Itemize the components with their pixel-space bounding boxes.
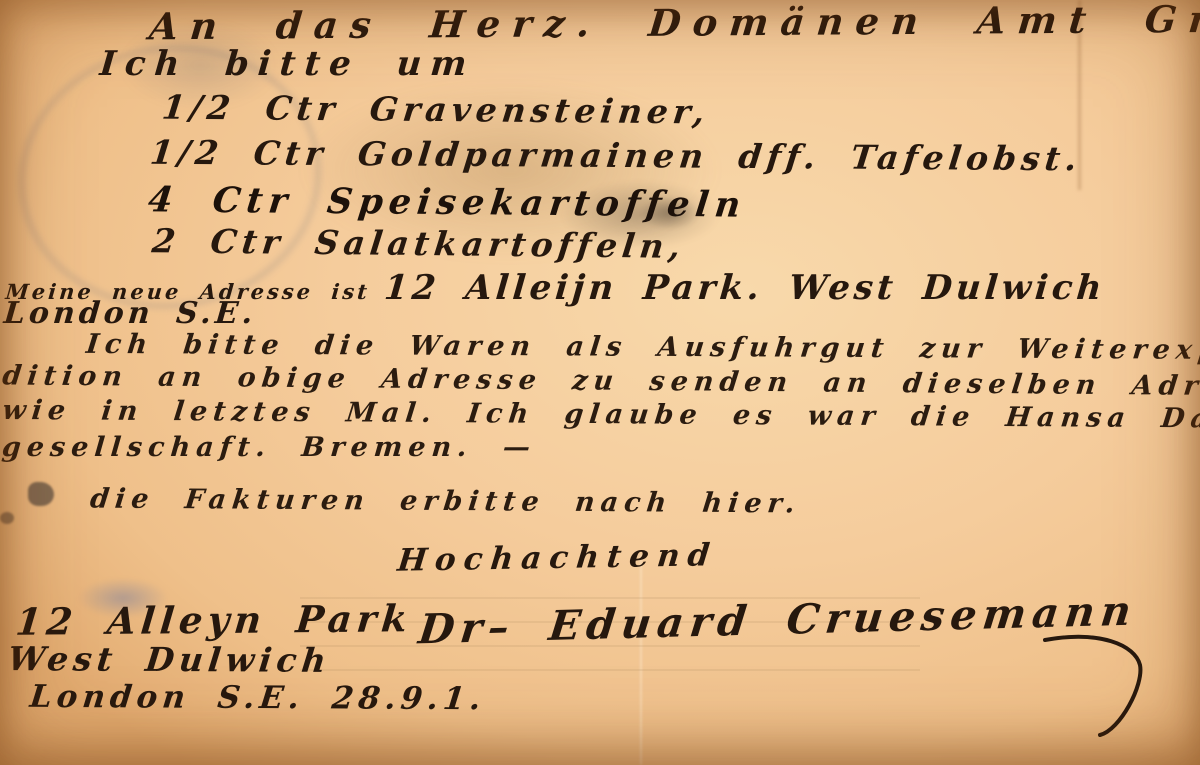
signature-flourish-stroke [1040, 620, 1170, 740]
new-address-city: London S.E. [2, 296, 258, 331]
order-item-3: 4 Ctr Speisekartoffeln [146, 179, 749, 225]
order-item-4: 2 Ctr Salatkartoffeln, [150, 221, 687, 266]
salutation-line: An das Herz. Domänen Amt Greene. [147, 0, 1200, 48]
order-item-2: 1/2 Ctr Goldparmainen dff. Tafelobst. [148, 133, 1084, 179]
sender-city-date-line: London S.E. 28.9.1. [28, 679, 487, 717]
order-item-1: 1/2 Ctr Gravensteiner, [160, 88, 712, 132]
ink-speck [0, 512, 14, 524]
ink-speck [28, 482, 54, 506]
postcard-photo: An das Herz. Domänen Amt Greene. Ich bit… [0, 0, 1200, 765]
body-line-1: Ich bitte die Waren als Ausfuhrgut zur W… [85, 329, 1200, 366]
sender-district-line: West Dulwich [6, 639, 333, 680]
signature-line: Dr– Eduard Cruesemann [416, 587, 1140, 654]
body-line-3: wie in letztes Mal. Ich glaube es war di… [1, 395, 1200, 436]
invoice-request-line: die Fakturen erbitte nach hier. [89, 484, 803, 520]
request-intro-line: Ich bitte um [98, 44, 477, 84]
body-line-4: gesellschaft. Bremen. — [1, 432, 538, 463]
new-address-main: 12 Alleijn Park. West Dulwich [383, 268, 1108, 308]
valediction-line: Hochachtend [396, 537, 720, 579]
sender-street-line: 12 Alleyn Park [14, 596, 415, 643]
fold-line [640, 555, 642, 765]
